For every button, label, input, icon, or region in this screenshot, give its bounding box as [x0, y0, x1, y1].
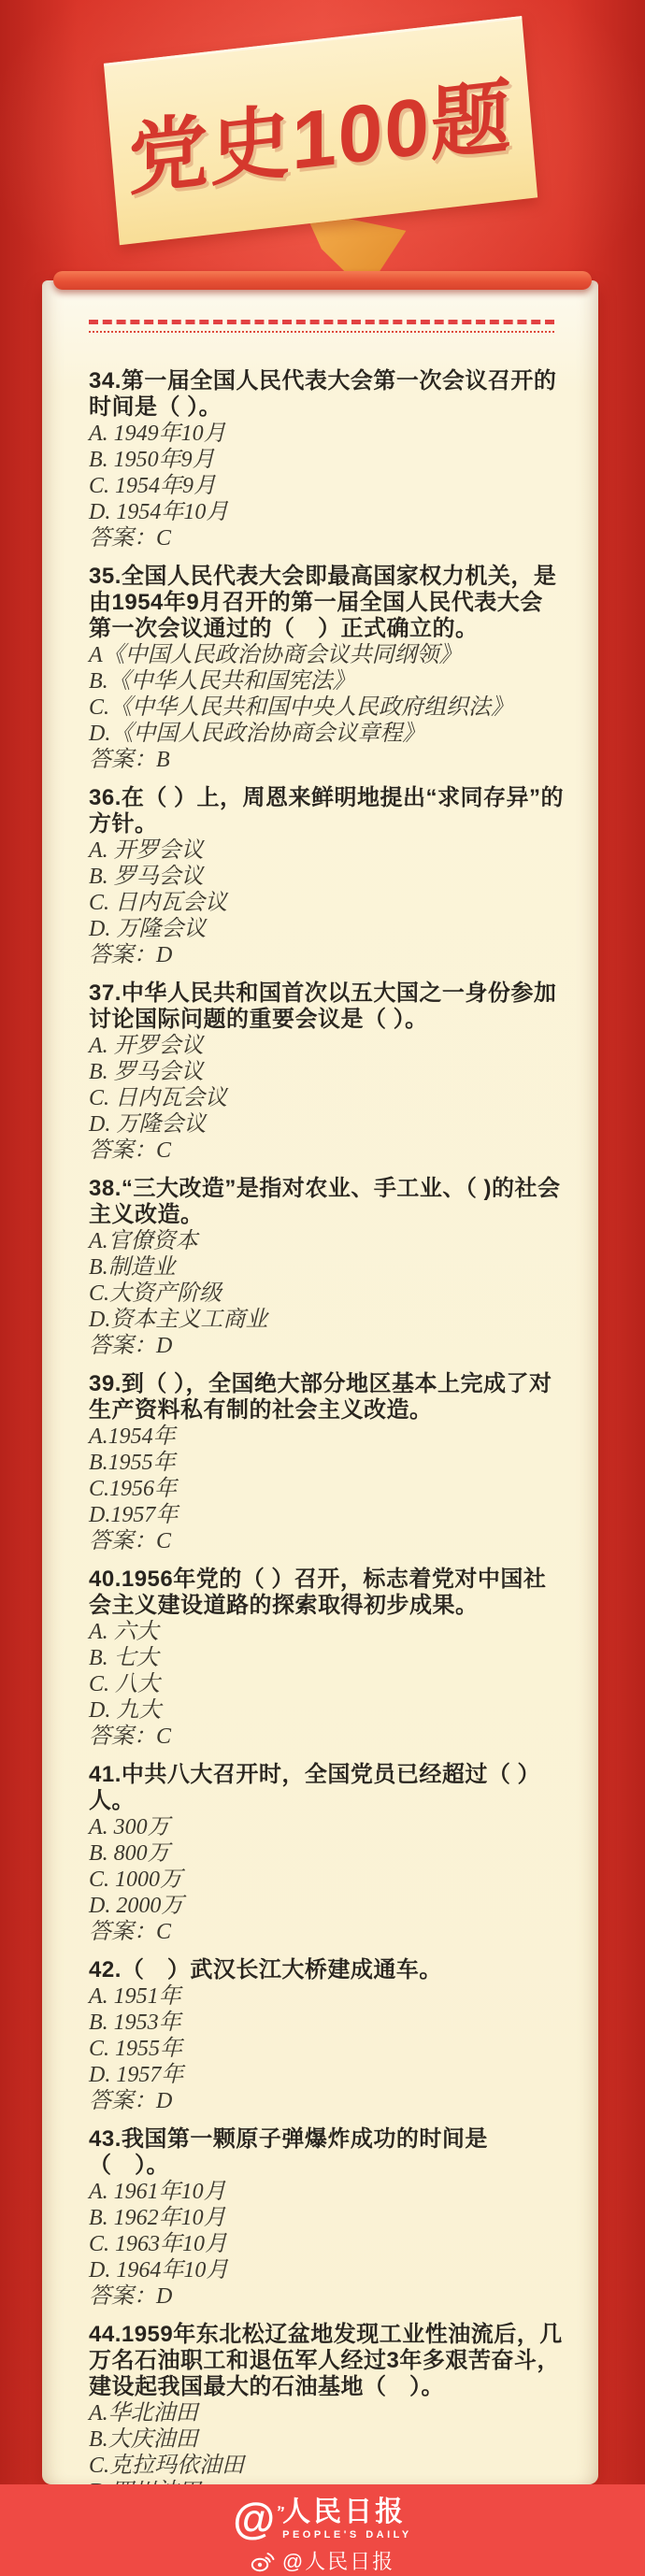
- question-answer: 答案：B: [89, 747, 566, 773]
- question-option-b: B. 罗马会议: [89, 1059, 566, 1085]
- brand-subtitle: PEOPLE'S DAILY: [282, 2529, 412, 2540]
- question-answer: 答案：C: [89, 1724, 566, 1750]
- banner: 党史100题: [103, 21, 541, 281]
- question-option-b: B.1955年: [89, 1450, 566, 1476]
- question-option-a: A. 300万: [89, 1814, 566, 1840]
- question-option-b: B.《中华人民共和国宪法》: [89, 668, 566, 694]
- question-option-a: A《中国人民政治协商会议共同纲领》: [89, 642, 566, 668]
- question-option-b: B. 罗马会议: [89, 864, 566, 890]
- banner-face: 党史100题: [104, 16, 537, 245]
- question-option-d: D. 万隆会议: [89, 1111, 566, 1138]
- question-option-a: A.官僚资本: [89, 1228, 566, 1254]
- question-option-c: C. 1954年9月: [89, 473, 566, 499]
- page-title: 党史100题: [129, 50, 513, 211]
- question-item: 42.（ ）武汉长江大桥建成通车。 A. 1951年 B. 1953年 C. 1…: [89, 1957, 566, 2114]
- question-title: 43.我国第一颗原子弹爆炸成功的时间是（ ）。: [89, 2126, 566, 2179]
- question-option-c: C. 1955年: [89, 2036, 566, 2062]
- question-option-c: C. 八大: [89, 1671, 566, 1697]
- question-item: 34.第一届全国人民代表大会第一次会议召开的时间是（ ）。 A. 1949年10…: [89, 368, 566, 551]
- question-item: 41.中共八大召开时，全国党员已经超过（ ）人。 A. 300万 B. 800万…: [89, 1762, 566, 1945]
- brand-name: 人民日报: [282, 2497, 406, 2527]
- question-option-d: D.《中国人民政治协商会议章程》: [89, 721, 566, 747]
- question-option-a: A. 1961年10月: [89, 2179, 566, 2205]
- weibo-account-row: @人民日报: [251, 2546, 394, 2575]
- question-item: 44.1959年东北松辽盆地发现工业性油流后，几万名石油职工和退伍军人经过3年多…: [89, 2322, 566, 2484]
- question-option-c: C. 日内瓦会议: [89, 890, 566, 916]
- question-option-b: B. 1953年: [89, 2010, 566, 2036]
- question-option-c: C. 日内瓦会议: [89, 1085, 566, 1111]
- question-option-c: C.《中华人民共和国中央人民政府组织法》: [89, 694, 566, 721]
- question-option-c: C.大资产阶级: [89, 1281, 566, 1307]
- question-answer: 答案：C: [89, 1919, 566, 1945]
- question-option-b: B. 1962年10月: [89, 2205, 566, 2231]
- question-item: 40.1956年党的（ ）召开，标志着党对中国社会主义建设道路的探索取得初步成果…: [89, 1567, 566, 1750]
- footer: @ ” 人民日报 PEOPLE'S DAILY @人民日报: [0, 2484, 645, 2576]
- divider-dashed: [89, 320, 554, 324]
- question-title: 38.“三大改造”是指对农业、手工业、（ )的社会主义改造。: [89, 1176, 566, 1228]
- peoples-daily-logo: @ ” 人民日报 PEOPLE'S DAILY: [233, 2497, 411, 2540]
- question-answer: 答案：C: [89, 525, 566, 551]
- question-title: 44.1959年东北松辽盆地发现工业性油流后，几万名石油职工和退伍军人经过3年多…: [89, 2322, 566, 2400]
- question-option-d: D. 1957年: [89, 2062, 566, 2088]
- question-option-b: B. 七大: [89, 1645, 566, 1671]
- question-answer: 答案：D: [89, 1333, 566, 1359]
- question-option-a: A. 开罗会议: [89, 837, 566, 864]
- question-option-a: A. 开罗会议: [89, 1033, 566, 1059]
- question-option-c: C. 1000万: [89, 1867, 566, 1893]
- question-option-d: D. 万隆会议: [89, 916, 566, 942]
- question-title: 37.中华人民共和国首次以五大国之一身份参加讨论国际问题的重要会议是（ ）。: [89, 980, 566, 1033]
- question-option-d: D. 1964年10月: [89, 2257, 566, 2283]
- paper-scroll: 34.第一届全国人民代表大会第一次会议召开的时间是（ ）。 A. 1949年10…: [42, 280, 598, 2484]
- question-option-b: B. 800万: [89, 1840, 566, 1867]
- weibo-handle: @人民日报: [282, 2546, 394, 2575]
- question-title: 41.中共八大召开时，全国党员已经超过（ ）人。: [89, 1762, 566, 1814]
- question-title: 36.在（ ）上，周恩来鲜明地提出“求同存异”的方针。: [89, 785, 566, 837]
- question-option-a: A. 1949年10月: [89, 421, 566, 447]
- question-answer: 答案：D: [89, 2283, 566, 2310]
- question-title: 40.1956年党的（ ）召开，标志着党对中国社会主义建设道路的探索取得初步成果…: [89, 1567, 566, 1619]
- question-item: 37.中华人民共和国首次以五大国之一身份参加讨论国际问题的重要会议是（ ）。 A…: [89, 980, 566, 1164]
- question-option-a: A. 六大: [89, 1619, 566, 1645]
- question-option-d: D. 1954年10月: [89, 499, 566, 525]
- question-title: 42.（ ）武汉长江大桥建成通车。: [89, 1957, 566, 1983]
- question-option-b: B. 1950年9月: [89, 447, 566, 473]
- question-answer: 答案：C: [89, 1528, 566, 1554]
- question-option-a: A.华北油田: [89, 2400, 566, 2426]
- question-option-a: A. 1951年: [89, 1983, 566, 2010]
- question-option-c: C.克拉玛依油田: [89, 2453, 566, 2479]
- question-option-b: B.大庆油田: [89, 2426, 566, 2453]
- question-option-d: D. 2000万: [89, 1893, 566, 1919]
- question-option-b: B.制造业: [89, 1254, 566, 1281]
- question-answer: 答案：C: [89, 1138, 566, 1164]
- question-list: 34.第一届全国人民代表大会第一次会议召开的时间是（ ）。 A. 1949年10…: [89, 368, 566, 2484]
- question-item: 43.我国第一颗原子弹爆炸成功的时间是（ ）。 A. 1961年10月 B. 1…: [89, 2126, 566, 2310]
- question-title: 34.第一届全国人民代表大会第一次会议召开的时间是（ ）。: [89, 368, 566, 421]
- question-item: 35.全国人民代表大会即最高国家权力机关，是由1954年9月召开的第一届全国人民…: [89, 564, 566, 773]
- question-option-c: C.1956年: [89, 1476, 566, 1502]
- question-answer: 答案：D: [89, 2088, 566, 2114]
- question-option-c: C. 1963年10月: [89, 2231, 566, 2257]
- question-option-a: A.1954年: [89, 1424, 566, 1450]
- question-item: 39.到（ ），全国绝大部分地区基本上完成了对生产资料私有制的社会主义改造。 A…: [89, 1371, 566, 1554]
- at-icon: @ ”: [233, 2497, 275, 2539]
- question-item: 38.“三大改造”是指对农业、手工业、（ )的社会主义改造。 A.官僚资本 B.…: [89, 1176, 566, 1359]
- scroll-top-bar: [53, 271, 592, 290]
- question-answer: 答案：D: [89, 942, 566, 968]
- question-option-d: D.1957年: [89, 1502, 566, 1528]
- question-title: 39.到（ ），全国绝大部分地区基本上完成了对生产资料私有制的社会主义改造。: [89, 1371, 566, 1424]
- question-option-d: D.资本主义工商业: [89, 1307, 566, 1333]
- poster-canvas: 党史100题 34.第一届全国人民代表大会第一次会议召开的时间是（ ）。 A. …: [0, 0, 645, 2576]
- question-title: 35.全国人民代表大会即最高国家权力机关，是由1954年9月召开的第一届全国人民…: [89, 564, 566, 642]
- divider-dotted: [89, 331, 554, 333]
- weibo-icon: [251, 2550, 275, 2572]
- question-option-d: D. 九大: [89, 1697, 566, 1724]
- question-item: 36.在（ ）上，周恩来鲜明地提出“求同存异”的方针。 A. 开罗会议 B. 罗…: [89, 785, 566, 968]
